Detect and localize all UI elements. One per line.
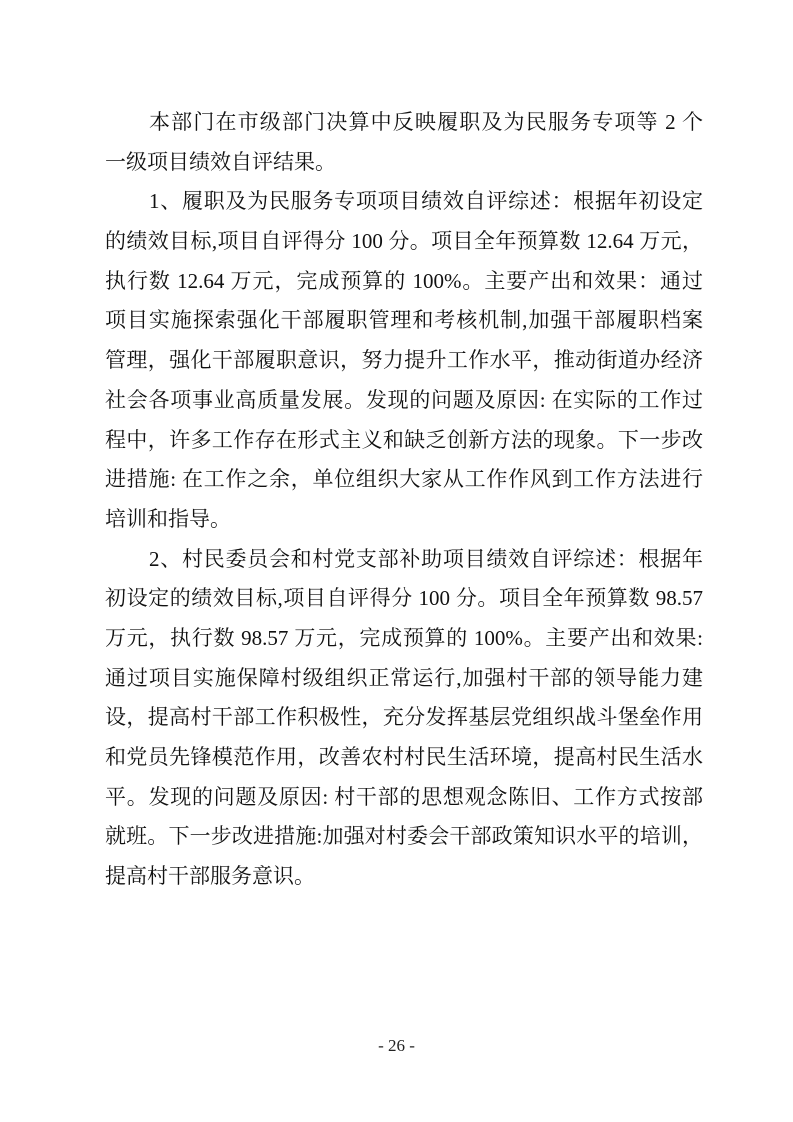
document-page: 本部门在市级部门决算中反映履职及为民服务专项等 2 个一级项目绩效自评结果。1、… [0,0,793,1122]
text-line: 培训和指导。 [105,500,703,540]
page-number: - 26 - [0,1033,793,1059]
text-line: 的绩效目标,项目自评得分 100 分。项目全年预算数 12.64 万元， [105,222,703,262]
text-line: 项目实施探索强化干部履职管理和考核机制,加强干部履职档案 [105,301,703,341]
text-line: 设，提高村干部工作积极性，充分发挥基层党组织战斗堡垒作用 [105,698,703,738]
text-line: 和党员先锋模范作用，改善农村村民生活环境，提高村民生活水 [105,738,703,778]
text-line: 提高村干部服务意识。 [105,857,703,897]
document-body: 本部门在市级部门决算中反映履职及为民服务专项等 2 个一级项目绩效自评结果。1、… [105,103,703,897]
text-line: 通过项目实施保障村级组织正常运行,加强村干部的领导能力建 [105,659,703,699]
text-line: 就班。下一步改进措施:加强对村委会干部政策知识水平的培训， [105,817,703,857]
text-line: 一级项目绩效自评结果。 [105,143,703,183]
text-line: 初设定的绩效目标,项目自评得分 100 分。项目全年预算数 98.57 [105,579,703,619]
text-line: 社会各项事业高质量发展。发现的问题及原因: 在实际的工作过 [105,381,703,421]
text-line: 管理，强化干部履职意识，努力提升工作水平，推动街道办经济 [105,341,703,381]
text-line: 执行数 12.64 万元，完成预算的 100%。主要产出和效果：通过 [105,262,703,302]
text-line: 2、村民委员会和村党支部补助项目绩效自评综述：根据年 [105,540,703,580]
text-line: 万元，执行数 98.57 万元，完成预算的 100%。主要产出和效果: [105,619,703,659]
text-line: 本部门在市级部门决算中反映履职及为民服务专项等 2 个 [105,103,703,143]
text-line: 进措施: 在工作之余，单位组织大家从工作作风到工作方法进行 [105,460,703,500]
text-line: 程中，许多工作存在形式主义和缺乏创新方法的现象。下一步改 [105,421,703,461]
text-line: 平。发现的问题及原因: 村干部的思想观念陈旧、工作方式按部 [105,778,703,818]
text-line: 1、履职及为民服务专项项目绩效自评综述：根据年初设定 [105,182,703,222]
